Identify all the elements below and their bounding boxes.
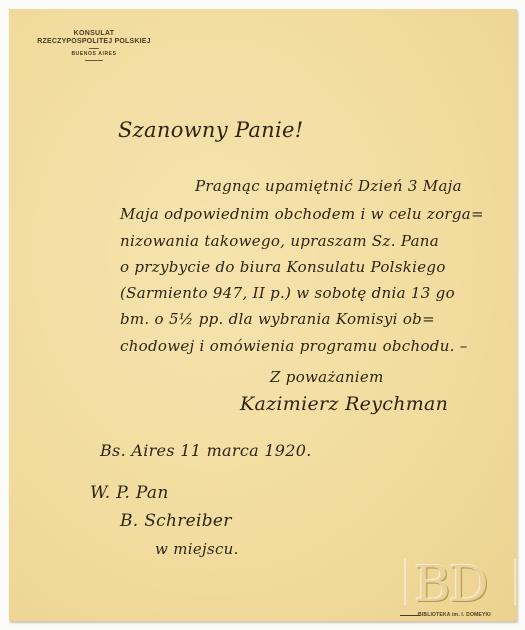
body-line-3: nizowania takowego, upraszam Sz. Pana bbox=[120, 232, 439, 250]
watermark-bar-left bbox=[404, 559, 406, 605]
body-line-1: Pragnąc upamiętnić Dzień 3 Maja bbox=[195, 177, 462, 195]
watermark-rule bbox=[400, 615, 420, 616]
body-line-2: Maja odpowiednim obchodem i w celu zorga… bbox=[120, 205, 484, 223]
recipient-line-2: B. Schreiber bbox=[120, 511, 232, 531]
watermark-logo: BD bbox=[414, 555, 487, 613]
signature: Kazimierz Reychman bbox=[240, 393, 448, 415]
salutation: Szanowny Panie! bbox=[118, 118, 304, 142]
closing: Z poważaniem bbox=[270, 368, 384, 386]
body-line-5: (Sarmiento 947, II p.) w sobotę dnia 13 … bbox=[120, 284, 455, 302]
letterhead-city: BUENOS AIRES bbox=[29, 51, 159, 57]
letterhead-line-2: RZECZYPOSPOLITEJ POLSKIEJ bbox=[29, 38, 159, 45]
date-line: Bs. Aires 11 marca 1920. bbox=[100, 441, 312, 460]
recipient-line-1: W. P. Pan bbox=[90, 483, 169, 503]
watermark-caption: BIBLIOTEKA im. I. DOMEYKI bbox=[418, 612, 491, 618]
consulate-letterhead: KONSULAT RZECZYPOSPOLITEJ POLSKIEJ BUENO… bbox=[29, 30, 159, 61]
letterhead-divider-2 bbox=[85, 60, 103, 61]
letterhead-line-1: KONSULAT bbox=[29, 30, 159, 37]
library-watermark: BD BIBLIOTEKA im. I. DOMEYKI bbox=[400, 555, 520, 625]
recipient-line-3: w miejscu. bbox=[155, 540, 239, 558]
body-line-6: bm. o 5½ pp. dla wybrania Komisyi ob= bbox=[120, 310, 435, 328]
letterhead-divider bbox=[89, 48, 99, 49]
body-line-4: o przybycie do biura Konsulatu Polskiego bbox=[120, 258, 446, 276]
body-line-7: chodowej i omówienia programu obchodu. – bbox=[120, 337, 468, 355]
watermark-bar-right bbox=[514, 559, 516, 605]
